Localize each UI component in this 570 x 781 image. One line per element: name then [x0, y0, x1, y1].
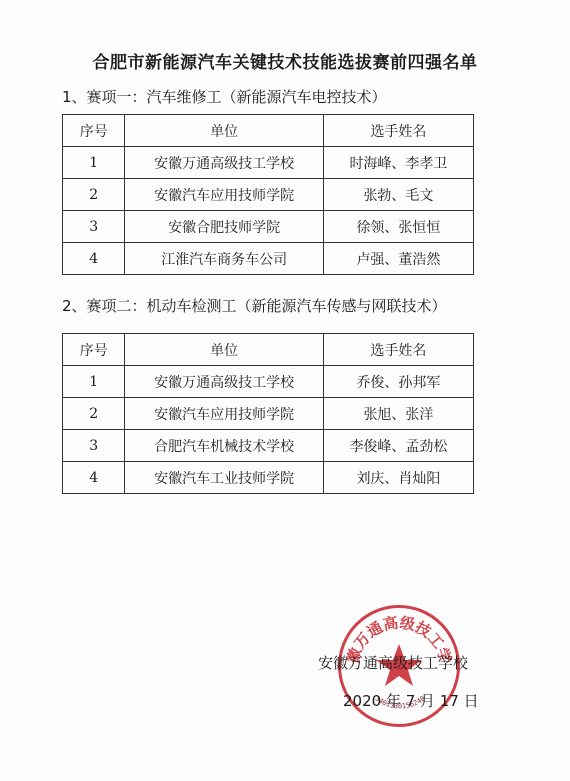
- header-names: 选手姓名: [323, 334, 473, 366]
- cell-index: 4: [63, 462, 125, 494]
- cell-unit: 安徽万通高级技工学校: [125, 147, 323, 179]
- cell-unit: 安徽合肥技师学院: [125, 211, 323, 243]
- cell-unit: 合肥汽车机械技术学校: [125, 430, 323, 462]
- table-section-1: 序号 单位 选手姓名 1 安徽万通高级技工学校 时海峰、李孝卫 2 安徽汽车应用…: [62, 114, 474, 275]
- table-section-2: 序号 单位 选手姓名 1 安徽万通高级技工学校 乔俊、孙邦军 2 安徽汽车应用技…: [62, 333, 474, 494]
- table-row: 4 江淮汽车商务车公司 卢强、董浩然: [63, 243, 474, 275]
- cell-index: 3: [63, 211, 125, 243]
- cell-names: 卢强、董浩然: [323, 243, 473, 275]
- header-unit: 单位: [125, 115, 323, 147]
- table-header-row: 序号 单位 选手姓名: [63, 115, 474, 147]
- signing-date: 2020 年 7 月 17 日: [343, 690, 479, 711]
- header-index: 序号: [63, 115, 125, 147]
- cell-index: 1: [63, 366, 125, 398]
- cell-index: 4: [63, 243, 125, 275]
- table-header-row: 序号 单位 选手姓名: [63, 334, 474, 366]
- cell-names: 时海峰、李孝卫: [323, 147, 473, 179]
- cell-index: 3: [63, 430, 125, 462]
- cell-names: 张旭、张洋: [323, 398, 473, 430]
- cell-names: 乔俊、孙邦军: [323, 366, 473, 398]
- table-row: 3 合肥汽车机械技术学校 李俊峰、孟劲松: [63, 430, 474, 462]
- cell-index: 2: [63, 398, 125, 430]
- signing-organization: 安徽万通高级技工学校: [318, 652, 468, 673]
- cell-index: 2: [63, 179, 125, 211]
- section-2-heading: 2、赛项二：机动车检测工（新能源汽车传感与网联技术）: [62, 295, 447, 316]
- header-unit: 单位: [125, 334, 323, 366]
- cell-names: 刘庆、肖灿阳: [323, 462, 473, 494]
- cell-names: 李俊峰、孟劲松: [323, 430, 473, 462]
- cell-index: 1: [63, 147, 125, 179]
- section-1-heading: 1、赛项一：汽车维修工（新能源汽车电控技术）: [62, 86, 387, 107]
- table-row: 2 安徽汽车应用技师学院 张旭、张洋: [63, 398, 474, 430]
- header-names: 选手姓名: [323, 115, 473, 147]
- cell-unit: 安徽万通高级技工学校: [125, 366, 323, 398]
- table-row: 4 安徽汽车工业技师学院 刘庆、肖灿阳: [63, 462, 474, 494]
- table-row: 2 安徽汽车应用技师学院 张勃、毛文: [63, 179, 474, 211]
- cell-names: 徐领、张恒恒: [323, 211, 473, 243]
- cell-unit: 江淮汽车商务车公司: [125, 243, 323, 275]
- cell-unit: 安徽汽车工业技师学院: [125, 462, 323, 494]
- cell-unit: 安徽汽车应用技师学院: [125, 398, 323, 430]
- header-index: 序号: [63, 334, 125, 366]
- table-row: 1 安徽万通高级技工学校 乔俊、孙邦军: [63, 366, 474, 398]
- cell-names: 张勃、毛文: [323, 179, 473, 211]
- table-row: 3 安徽合肥技师学院 徐领、张恒恒: [63, 211, 474, 243]
- document-title: 合肥市新能源汽车关键技术技能选拔赛前四强名单: [0, 48, 570, 73]
- cell-unit: 安徽汽车应用技师学院: [125, 179, 323, 211]
- table-row: 1 安徽万通高级技工学校 时海峰、李孝卫: [63, 147, 474, 179]
